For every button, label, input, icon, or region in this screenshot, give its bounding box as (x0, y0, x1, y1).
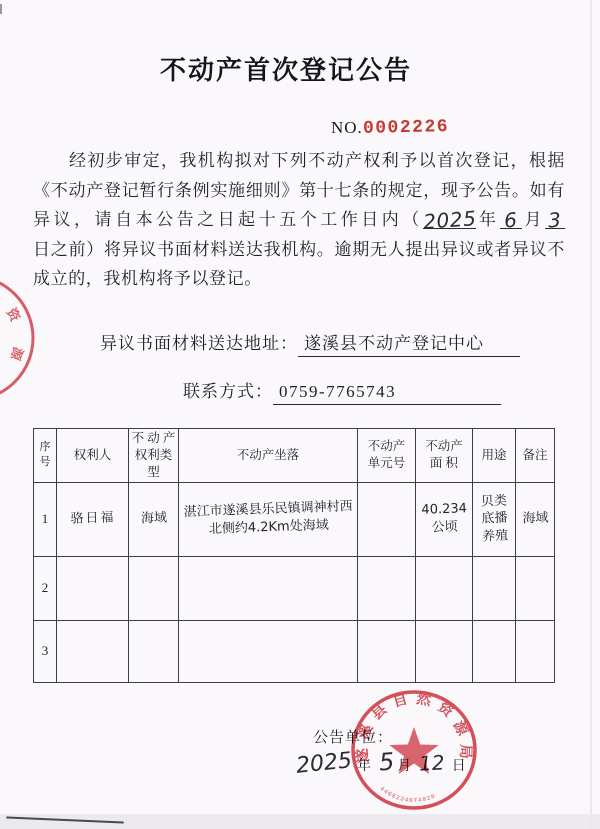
handwritten-footer-year: 2025 (295, 748, 353, 779)
cell-seq-1: 1 (34, 482, 57, 556)
header-right-type: 不 动 产 权利类型 (129, 429, 179, 483)
month-character: 月 (522, 210, 545, 229)
table-row: 1 骆日福 海域 湛江市遂溪县乐民镇调神村西北侧约4.2Km处海域 40.234… (34, 482, 555, 556)
cell-seq-2: 2 (34, 556, 57, 620)
partial-seal: 资源局 (0, 272, 40, 407)
objection-address-line: 异议书面材料送达地址：遂溪县不动产登记中心 (100, 329, 520, 357)
cell-unit-no-2 (358, 556, 416, 620)
year-blank-line: 2025 (423, 210, 476, 229)
header-seq: 序号 (34, 429, 57, 483)
cell-location-3 (179, 620, 358, 682)
document-number: NO.0002226 (331, 118, 449, 139)
header-note: 备注 (516, 429, 555, 483)
cell-holder-3 (57, 620, 129, 682)
partial-seal-ring (0, 276, 33, 400)
objection-address-label: 异议书面材料送达地址： (100, 334, 298, 353)
page-title: 不动产首次登记公告 (0, 50, 586, 87)
cell-note-1: 海域 (514, 481, 556, 556)
cell-right-type-3 (129, 620, 179, 682)
scan-right-edge (590, 0, 592, 829)
handwritten-year: 2025 (422, 210, 476, 230)
header-area: 不动产 面 积 (416, 429, 473, 483)
cell-location-2 (179, 556, 358, 620)
header-use: 用途 (473, 429, 516, 483)
cell-right-type-2 (129, 556, 179, 620)
month-blank-line: 6 (500, 210, 522, 229)
cell-area-1: 40.234 公顷 (414, 481, 474, 557)
cell-unit-no-1 (358, 482, 416, 556)
handwritten-day: 3 (548, 212, 562, 229)
cell-note-3 (516, 620, 555, 682)
contact-line: 联系方式：0759-7765743 (183, 377, 501, 405)
table-row: 2 (34, 556, 555, 620)
scan-corner-mark (0, 4, 2, 14)
cell-location-1: 湛江市遂溪县乐民镇调神村西北侧约4.2Km处海域 (177, 479, 358, 559)
seal-star-icon (389, 727, 438, 774)
paragraph-part2: 将异议书面材料送达我机构。逾期无人提出异议或者异议不成立的，我机构将予以登记。 (33, 240, 565, 289)
day-character: 日之前） (33, 240, 104, 259)
cell-use-1: 贝类 底播 养殖 (471, 481, 517, 556)
announcement-paragraph: 经初步审定，我机构拟对下列不动产权利予以首次登记，根据《不动产登记暂行条例实施细… (33, 146, 565, 294)
year-character: 年 (476, 210, 499, 229)
cell-note-2 (516, 556, 555, 620)
handwritten-month: 6 (503, 212, 517, 229)
cell-holder-2 (57, 556, 129, 620)
table-header-row: 序号 权利人 不 动 产 权利类型 不动产坐落 不动产 单元号 不动产 面 积 … (34, 429, 555, 483)
table-row: 3 (34, 620, 555, 682)
header-holder: 权利人 (57, 429, 129, 483)
registration-table: 序号 权利人 不 动 产 权利类型 不动产坐落 不动产 单元号 不动产 面 积 … (33, 428, 555, 683)
cell-area-2 (416, 556, 473, 620)
header-unit-no: 不动产 单元号 (358, 429, 416, 483)
cell-right-type-1: 海域 (127, 481, 180, 557)
day-blank-line: 3 (545, 210, 565, 229)
header-location: 不动产坐落 (179, 429, 358, 483)
contact-phone-value: 0759-7765743 (273, 382, 501, 405)
cell-area-3 (416, 620, 473, 682)
cell-holder-1: 骆日福 (55, 481, 130, 557)
cell-unit-no-3 (358, 620, 416, 682)
objection-address-value: 遂溪县不动产登记中心 (298, 329, 520, 357)
cell-seq-3: 3 (34, 620, 57, 682)
contact-label: 联系方式： (183, 382, 273, 401)
document-number-label: NO. (331, 118, 363, 137)
cell-use-3 (473, 620, 516, 682)
scanned-announcement-page: 不动产首次登记公告 NO.0002226 经初步审定，我机构拟对下列不动产权利予… (0, 0, 600, 829)
cell-use-2 (473, 556, 516, 620)
document-number-stamp: 0002226 (363, 117, 450, 139)
official-seal: 遂溪县自然资源局 4408234074020 (350, 689, 478, 813)
